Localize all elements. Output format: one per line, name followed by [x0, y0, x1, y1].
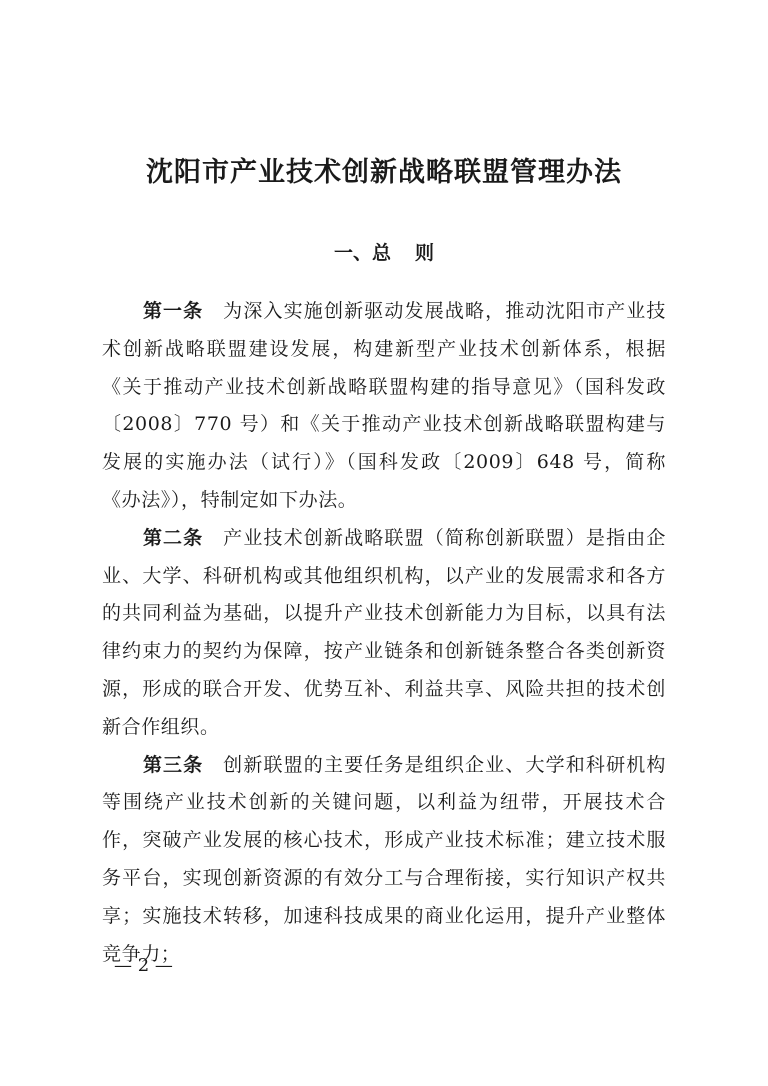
document-title: 沈阳市产业技术创新战略联盟管理办法	[0, 150, 768, 189]
document-body: 第一条为深入实施创新驱动发展战略，推动沈阳市产业技术创新战略联盟建设发展，构建新…	[102, 293, 666, 973]
article-3: 第三条创新联盟的主要任务是组织企业、大学和科研机构等围绕产业技术创新的关键问题，…	[102, 747, 666, 974]
page-number: — 2 —	[114, 955, 173, 976]
article-label: 第一条	[143, 300, 203, 322]
section-heading-suffix: 则	[415, 242, 434, 264]
section-heading: 一、总则	[0, 238, 768, 265]
article-text: 创新联盟的主要任务是组织企业、大学和科研机构等围绕产业技术创新的关键问题，以利益…	[102, 754, 666, 965]
article-label: 第二条	[143, 527, 203, 549]
article-2: 第二条产业技术创新战略联盟（简称创新联盟）是指由企业、大学、科研机构或其他组织机…	[102, 520, 666, 747]
section-heading-prefix: 一、总	[334, 242, 391, 264]
article-1: 第一条为深入实施创新驱动发展战略，推动沈阳市产业技术创新战略联盟建设发展，构建新…	[102, 293, 666, 520]
article-label: 第三条	[143, 754, 203, 776]
article-text: 为深入实施创新驱动发展战略，推动沈阳市产业技术创新战略联盟建设发展，构建新型产业…	[102, 300, 666, 511]
article-text: 产业技术创新战略联盟（简称创新联盟）是指由企业、大学、科研机构或其他组织机构，以…	[102, 527, 666, 738]
